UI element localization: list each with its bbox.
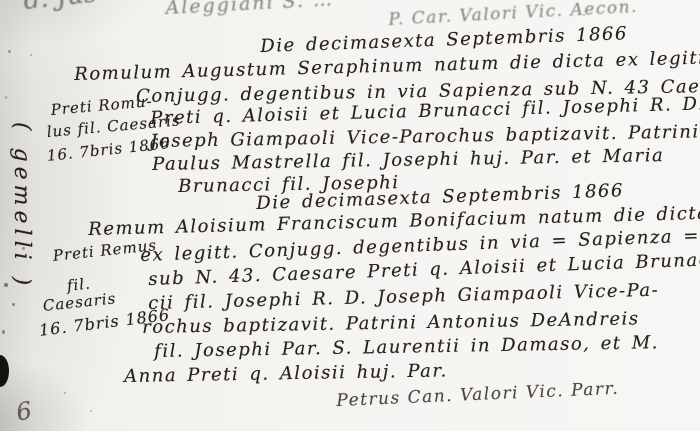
paper-speck <box>90 410 92 412</box>
entry-2-margin-note-line-3: Caesaris <box>42 289 117 315</box>
paper-speck <box>2 330 5 334</box>
vertical-margin-note-gemelli: ( gemelli ) <box>9 122 34 290</box>
parish-name-fragment: Aleggiani S. … <box>165 0 334 19</box>
paper-speck <box>30 54 32 56</box>
vicar-signature-bottom: Petrus Can. Valori Vic. Parr. <box>336 379 620 411</box>
entry-2-body-line-7: Anna Preti q. Aloisii huj. Par. <box>124 360 448 387</box>
ink-blot <box>0 355 9 387</box>
paper-speck <box>12 303 15 306</box>
paper-speck <box>64 392 66 394</box>
paper-speck <box>5 96 7 99</box>
cutoff-text-fragment: d. Jus <box>22 0 98 16</box>
document-scan: ( gemelli ) d. Jus Aleggiani S. … P. Car… <box>0 0 700 431</box>
paper-speck <box>4 283 8 287</box>
paper-speck <box>8 50 11 53</box>
entry-2-body-line-6: fil. Josephi Par. S. Laurentii in Damaso… <box>154 332 659 362</box>
stray-numeral-mark: 6 <box>14 396 34 426</box>
